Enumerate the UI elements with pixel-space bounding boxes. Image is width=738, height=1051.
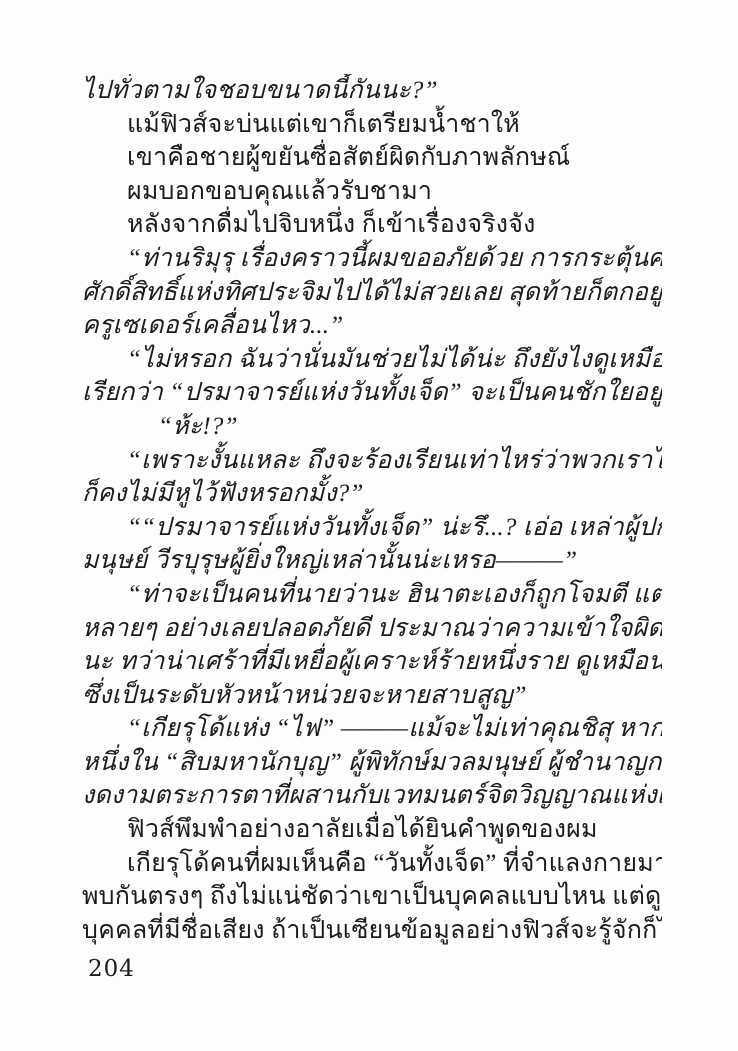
text-line: ไปทั่วตามใจชอบขนาดนี้กันนะ?” <box>82 74 662 108</box>
text-line: บุคคลที่มีชื่อเสียง ถ้าเป็นเซียนข้อมูลอย… <box>82 914 662 948</box>
text-line: เรียกว่า “ปรมาจารย์แห่งวันทั้งเจ็ด” จะเป… <box>82 376 662 410</box>
text-line: “เพราะงั้นแหละ ถึงจะร้องเรียนเท่าไหร่ว่า… <box>82 444 662 478</box>
text-line: “ท่าจะเป็นคนที่นายว่านะ ฮินาตะเองก็ถูกโจ… <box>82 578 662 612</box>
text-line: ซึ่งเป็นระดับหัวหน้าหน่วยจะหายสาบสูญ” <box>82 679 662 713</box>
text-line: ฟิวส์พึมพำอย่างอาลัยเมื่อได้ยินคำพูดของผ… <box>82 813 662 847</box>
text-line: “เกียรุโด้แห่ง “ไฟ” ———แม้จะไม่เท่าคุณชิ… <box>82 712 662 746</box>
text-line: ผมบอกขอบคุณแล้วรับชามา <box>82 175 662 209</box>
text-line: ก็คงไม่มีหูไว้ฟังหรอกมั้ง?” <box>82 477 662 511</box>
text-line: ศักดิ์สิทธิ์แห่งทิศประจิมไปได้ไม่สวยเลย … <box>82 276 662 310</box>
text-line: หนึ่งใน “สิบมหานักบุญ” ผู้พิทักษ์มวลมนุษ… <box>82 746 662 780</box>
text-line: “ไม่หรอก ฉันว่านั่นมันช่วยไม่ได้น่ะ ถึงย… <box>82 343 662 377</box>
text-block: ไปทั่วตามใจชอบขนาดนี้กันนะ?” แม้ฟิวส์จะบ… <box>82 74 662 947</box>
text-line: แม้ฟิวส์จะบ่นแต่เขาก็เตรียมน้ำชาให้ <box>82 108 662 142</box>
text-line: หลายๆ อย่างเลยปลอดภัยดี ประมาณว่าความเข้… <box>82 612 662 646</box>
text-line: เกียรุโด้คนที่ผมเห็นคือ “วันทั้งเจ็ด” ที… <box>82 847 662 881</box>
text-line: หลังจากดื่มไปจิบหนึ่ง ก็เข้าเรื่องจริงจั… <box>82 208 662 242</box>
text-line: ““ปรมาจารย์แห่งวันทั้งเจ็ด” น่ะรึ...? เอ… <box>82 511 662 545</box>
text-line: ครูเซเดอร์เคลื่อนไหว...” <box>82 309 662 343</box>
text-line: นะ ทว่าน่าเศร้าที่มีเหยื่อผู้เคราะห์ร้าย… <box>82 645 662 679</box>
text-line: งดงามตระการตาที่ผสานกับเวทมนตร์จิตวิญญาณ… <box>82 779 662 813</box>
text-line: เขาคือชายผู้ขยันซื่อสัตย์ผิดกับภาพลักษณ์ <box>82 141 662 175</box>
book-page: ไปทั่วตามใจชอบขนาดนี้กันนะ?” แม้ฟิวส์จะบ… <box>0 0 738 1051</box>
text-line: พบกันตรงๆ ถึงไม่แน่ชัดว่าเขาเป็นบุคคลแบบ… <box>82 880 662 914</box>
page-number: 204 <box>88 956 135 982</box>
text-line: “ห้ะ!?” <box>82 410 662 444</box>
text-line: มนุษย์ วีรบุรุษผู้ยิ่งใหญ่เหล่านั้นน่ะเห… <box>82 544 662 578</box>
text-line: “ท่านริมุรุ เรื่องคราวนี้ผมขออภัยด้วย กา… <box>82 242 662 276</box>
